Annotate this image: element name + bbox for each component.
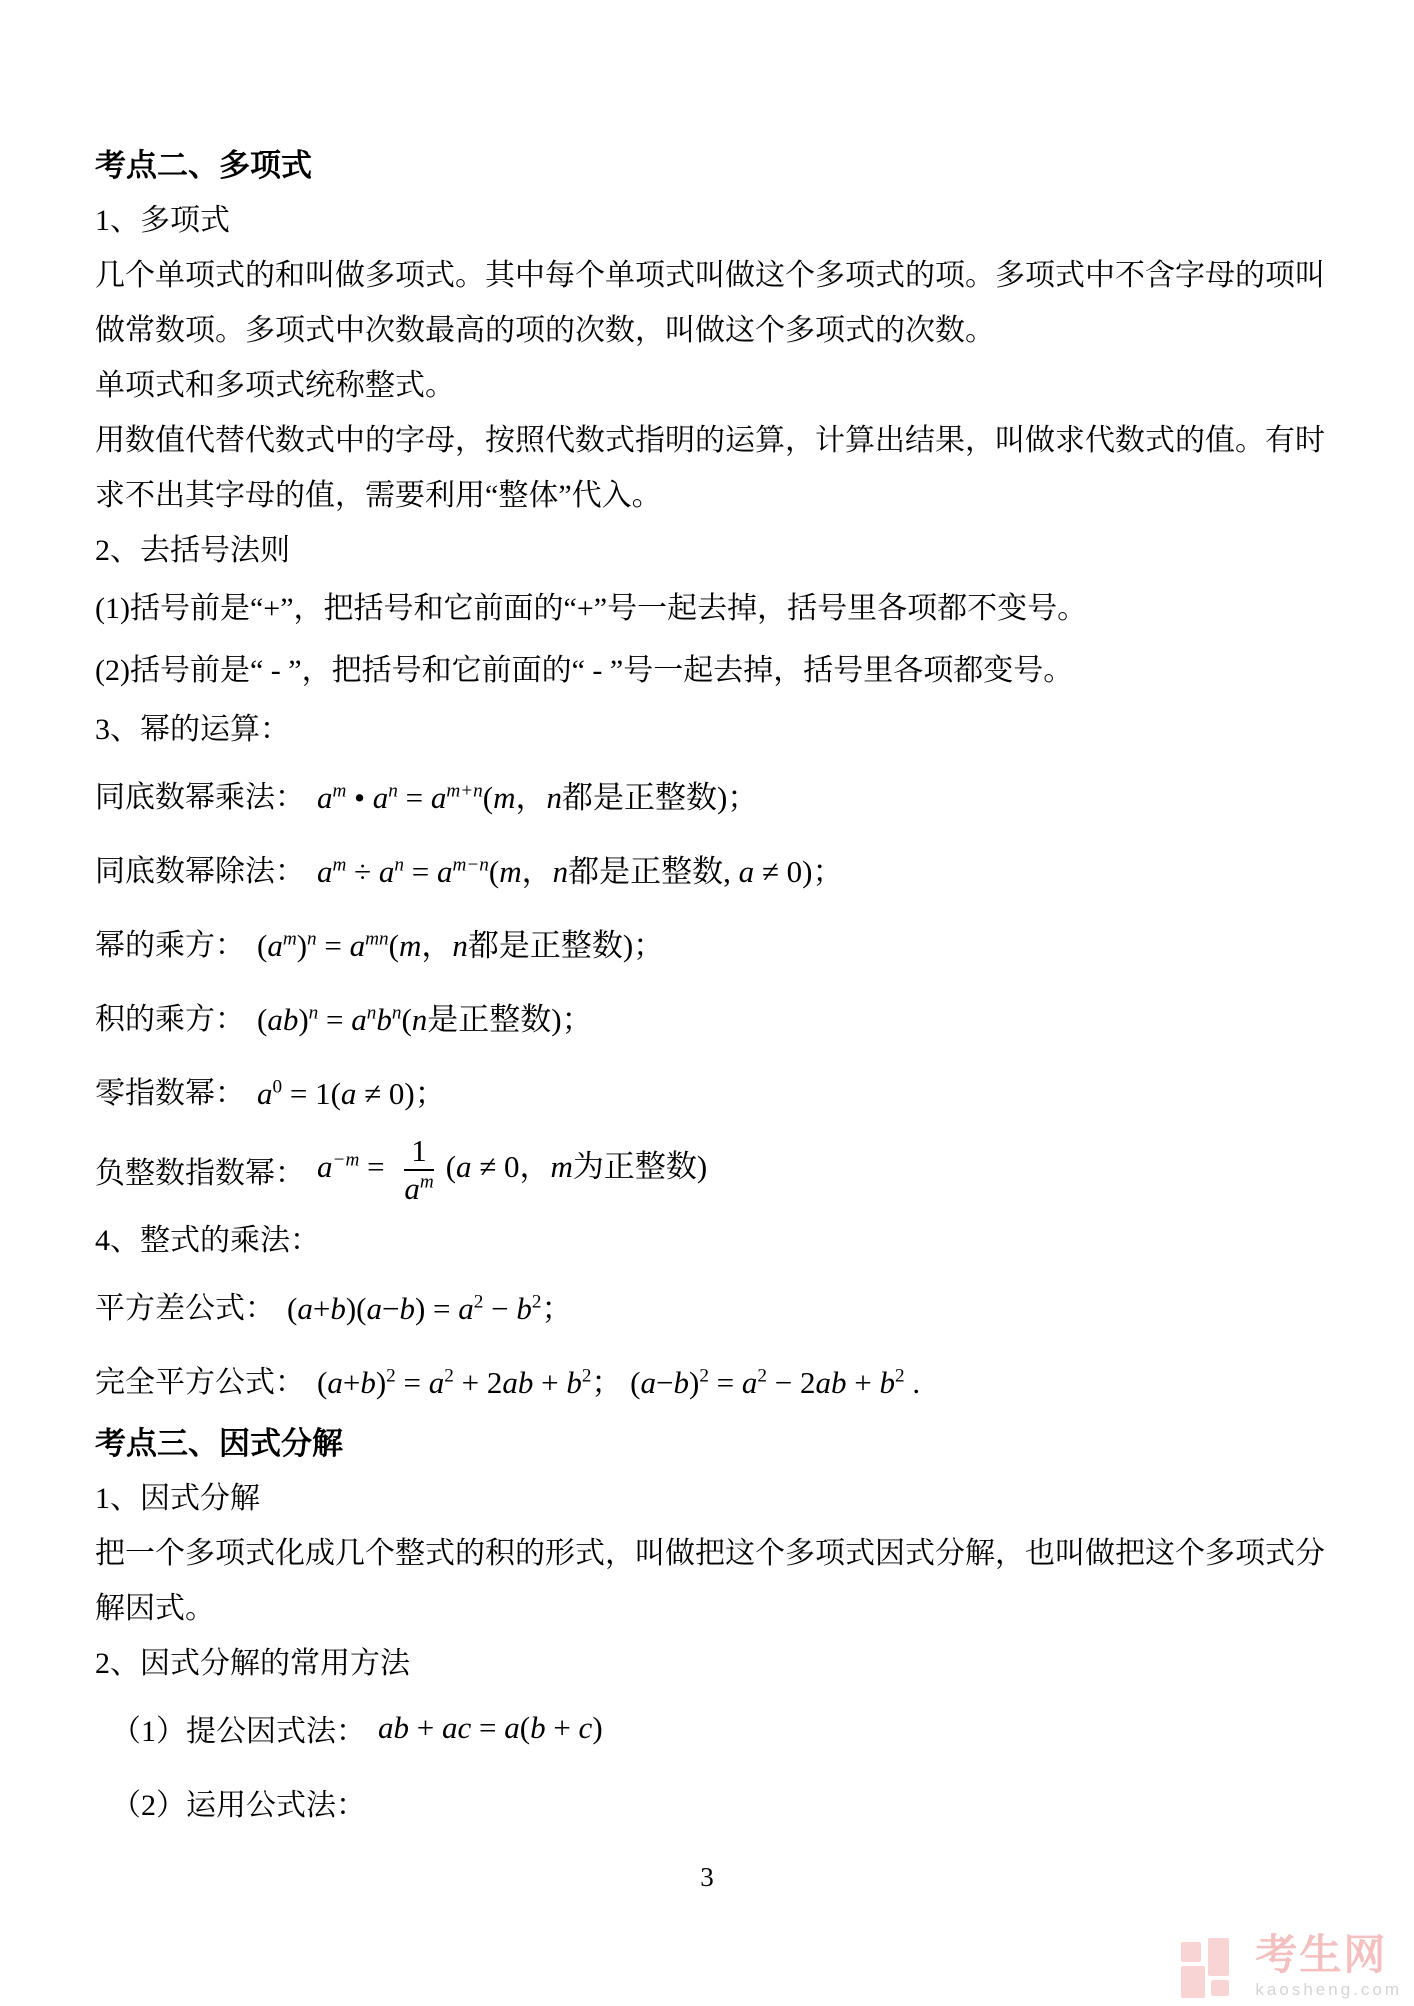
formula-label: 平方差公式： [95, 1283, 275, 1327]
formula-math: a0 = 1(a ≠ 0)； [257, 1068, 446, 1113]
formula-label: （1）提公因式法： [111, 1706, 366, 1750]
formula-power-of-power: 幂的乘方： (am)n = amn(m，n都是正整数)； [95, 905, 1335, 979]
page-number: 3 [0, 1862, 1414, 1893]
algebraic-value-line1: 用数值代替代数式中的字母，按照代数式指明的运算，计算出结果，叫做求代数式的值。有… [95, 413, 1335, 468]
formula-power-of-product: 积的乘方： (ab)n = anbn(n是正整数)； [95, 979, 1335, 1053]
formula-math: (am)n = amn(m，n都是正整数)； [257, 920, 664, 965]
formula-same-base-multiply: 同底数幂乘法： am • an = am+n(m，n都是正整数)； [95, 757, 1335, 831]
formula-label: 负整数指数幂： [95, 1148, 305, 1192]
formula-label: 同底数幂乘法： [95, 772, 305, 816]
brackets-section-title: 2、去括号法则 [95, 523, 1335, 578]
heading-exam-point-3: 考点三、因式分解 [95, 1416, 1335, 1471]
integral-expression-note: 单项式和多项式统称整式。 [95, 358, 1335, 413]
multiplication-section-title: 4、整式的乘法： [95, 1213, 1335, 1268]
formula-label: 同底数幂除法： [95, 846, 305, 890]
formula-negative-exponent: 负整数指数幂： a−m = 1am(a ≠ 0，m为正整数) [95, 1127, 1335, 1213]
formula-label: 积的乘方： [95, 994, 245, 1038]
logo-block-icon [1181, 1942, 1201, 1962]
logo-block-icon [1211, 1980, 1229, 1996]
formula-zero-exponent: 零指数幂： a0 = 1(a ≠ 0)； [95, 1053, 1335, 1127]
factoring-section-title: 1、因式分解 [95, 1471, 1335, 1526]
formula-math: (a+b)(a−b) = a2 − b2； [287, 1283, 572, 1328]
factoring-definition-line1: 把一个多项式化成几个整式的积的形式，叫做把这个多项式因式分解，也叫做把这个多项式… [95, 1526, 1335, 1581]
polynomial-definition-line1: 几个单项式的和叫做多项式。其中每个单项式叫做这个多项式的项。多项式中不含字母的项… [95, 248, 1335, 303]
logo-block-icon [1181, 1966, 1205, 1998]
polynomial-section-title: 1、多项式 [95, 193, 1335, 248]
formula-same-base-divide: 同底数幂除法： am ÷ an = am−n(m，n都是正整数, a ≠ 0)； [95, 831, 1335, 905]
factoring-definition-line2: 解因式。 [95, 1581, 1335, 1636]
logo-block-icon [1208, 1938, 1229, 1976]
formula-difference-of-squares: 平方差公式： (a+b)(a−b) = a2 − b2； [95, 1268, 1335, 1342]
formula-label: 零指数幂： [95, 1068, 245, 1112]
formula-math: am • an = am+n(m，n都是正整数)； [317, 772, 758, 817]
formula-common-factor-method: （1）提公因式法： ab + ac = a(b + c) [111, 1691, 1335, 1765]
formula-perfect-square: 完全平方公式： (a+b)2 = a2 + 2ab + b2； (a−b)2 =… [95, 1342, 1335, 1416]
formula-math: ab + ac = a(b + c) [378, 1710, 603, 1746]
formula-math: (ab)n = anbn(n是正整数)； [257, 994, 593, 1039]
document-content: 考点二、多项式 1、多项式 几个单项式的和叫做多项式。其中每个单项式叫做这个多项… [95, 138, 1335, 1839]
algebraic-value-line2: 求不出其字母的值，需要利用“整体”代入。 [95, 468, 1335, 523]
polynomial-definition-line2: 做常数项。多项式中次数最高的项的次数，叫做这个多项式的次数。 [95, 303, 1335, 358]
factoring-methods-title: 2、因式分解的常用方法 [95, 1636, 1335, 1691]
formula-math: (a+b)2 = a2 + 2ab + b2； (a−b)2 = a2 − 2a… [317, 1357, 920, 1402]
watermark-site-domain: kaosheng.com [1255, 1981, 1402, 1998]
watermark: 考生网 kaosheng.com [1181, 1934, 1402, 1998]
heading-exam-point-2: 考点二、多项式 [95, 138, 1335, 193]
brackets-rule-2: (2)括号前是“ - ”，把括号和它前面的“ - ”号一起去掉，括号里各项都变号… [95, 640, 1335, 702]
document-page: 考点二、多项式 1、多项式 几个单项式的和叫做多项式。其中每个单项式叫做这个多项… [0, 0, 1414, 2006]
brackets-rule-1: (1)括号前是“+”，把括号和它前面的“+”号一起去掉，括号里各项都不变号。 [95, 578, 1335, 640]
watermark-site-name: 考生网 [1255, 1934, 1402, 1976]
watermark-text: 考生网 kaosheng.com [1255, 1934, 1402, 1998]
factoring-method-2: （2）运用公式法： [111, 1765, 1335, 1839]
method-label: （2）运用公式法： [111, 1780, 366, 1824]
formula-math: a−m = 1am(a ≠ 0，m为正整数) [317, 1133, 707, 1206]
formula-math: am ÷ an = am−n(m，n都是正整数, a ≠ 0)； [317, 846, 843, 891]
formula-label: 幂的乘方： [95, 920, 245, 964]
powers-section-title: 3、幂的运算： [95, 702, 1335, 757]
kaosheng-logo-icon [1181, 1938, 1245, 1998]
formula-label: 完全平方公式： [95, 1357, 305, 1401]
